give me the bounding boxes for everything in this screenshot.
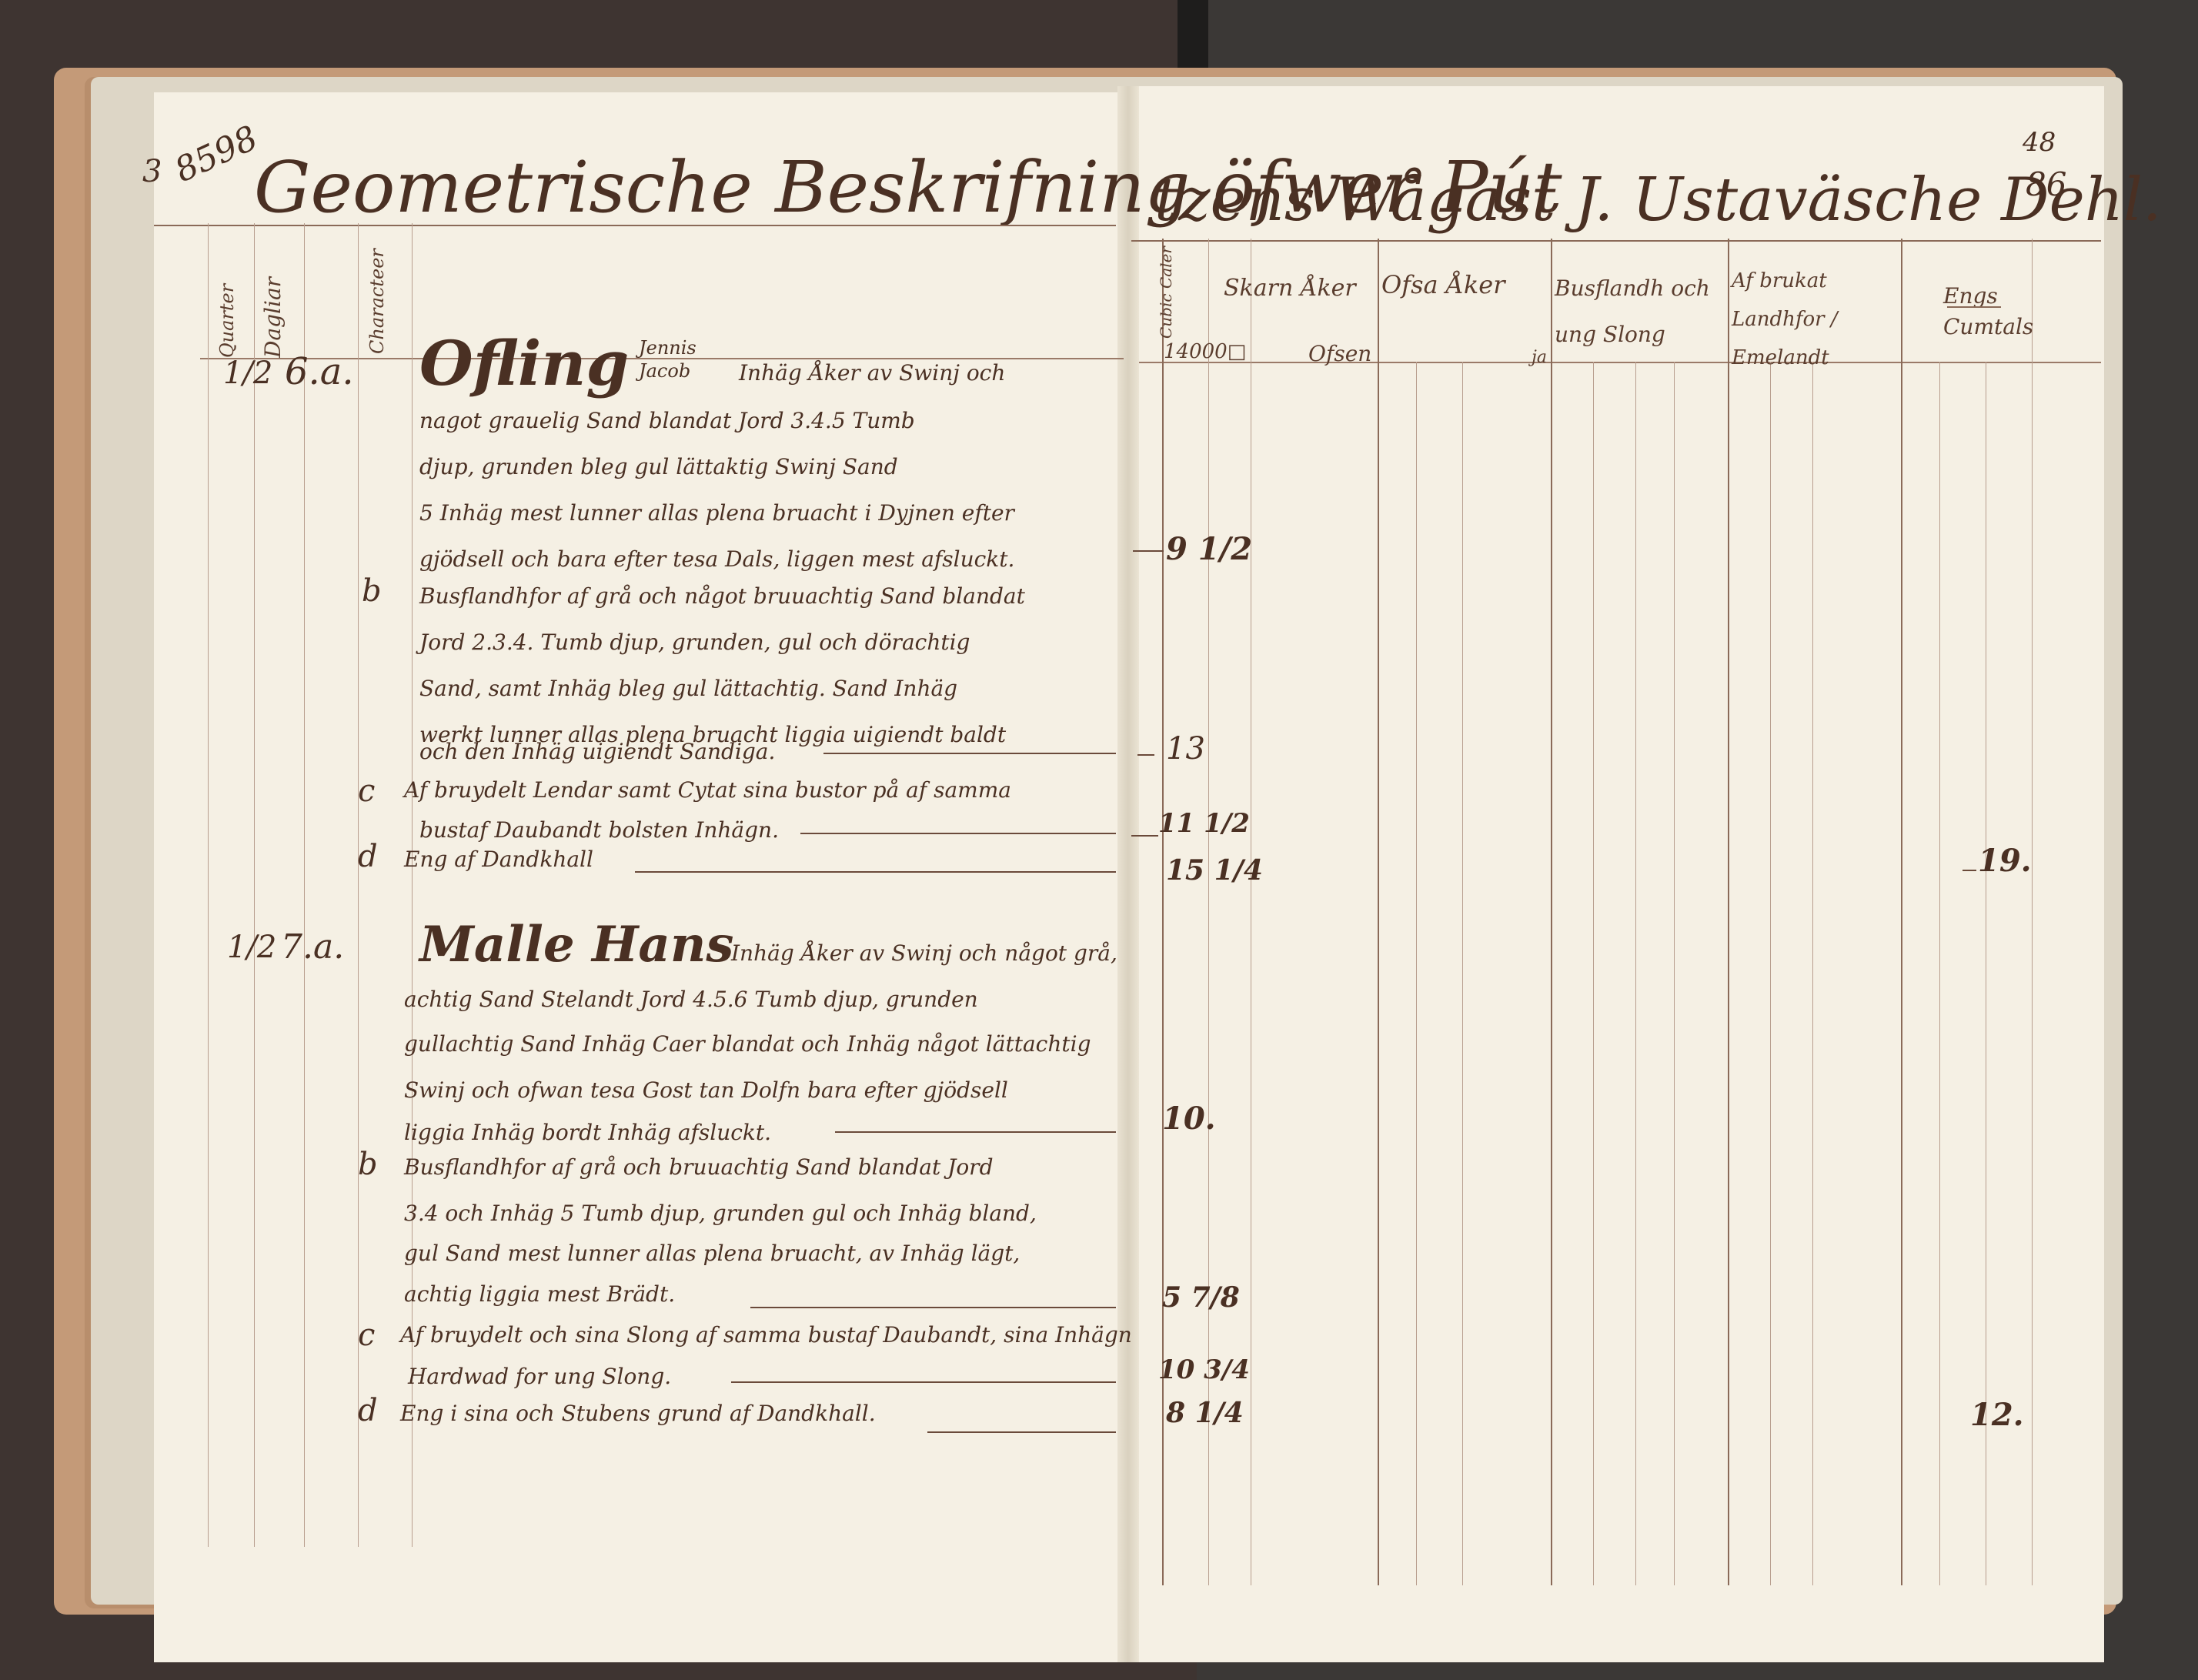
entry-line: liggia Inhäg bordt Inhäg afsluckt. bbox=[404, 1120, 771, 1146]
entry-line: djup, grunden bleg gul lättaktig Swinj S… bbox=[419, 454, 898, 480]
value-cell: 13 bbox=[1166, 731, 1205, 767]
column-rule bbox=[1593, 362, 1594, 1585]
column-rule bbox=[2032, 239, 2033, 1585]
subentry-line: Eng i sina och Stubens grund af Dandkhal… bbox=[400, 1401, 876, 1427]
column-rule bbox=[1635, 362, 1636, 1585]
subentry-line: Jord 2.3.4. Tumb djup, grunden, gul och … bbox=[419, 630, 970, 656]
header-ofsa-label: Ofsen bbox=[1308, 342, 1371, 366]
column-rule bbox=[1551, 239, 1552, 1585]
entry-fraction: 1/2 bbox=[223, 356, 272, 391]
fill-rule bbox=[800, 833, 1116, 834]
entry-fraction: 1/2 bbox=[227, 930, 276, 965]
subentry-letter: d bbox=[358, 839, 378, 874]
column-rule bbox=[1939, 362, 1940, 1585]
subentry-line: och den Inhäg uigiendt Sandiga. bbox=[419, 739, 775, 765]
value-leader bbox=[1137, 754, 1154, 756]
subentry-letter: b bbox=[358, 1147, 378, 1182]
value-cell: 10. bbox=[1162, 1101, 1216, 1137]
value-cell: 11 1/2 bbox=[1158, 808, 1250, 839]
page-title-right: tzens Wågast J. Ustaväsche Dehl. bbox=[1154, 165, 2162, 235]
entry-name: Malle Hans bbox=[419, 916, 733, 974]
pencil-folio-right-upper: 48 bbox=[2023, 127, 2056, 158]
col-header-skarn-aker: Skarn Åker bbox=[1224, 277, 1378, 300]
fill-rule bbox=[927, 1431, 1116, 1433]
col-header-quarter: Quarter bbox=[215, 242, 239, 358]
value-cell: 8 1/4 bbox=[1166, 1397, 1244, 1429]
subentry-line: Busflandhfor af grå och bruuachtig Sand … bbox=[404, 1154, 994, 1181]
value-cell: 9 1/2 bbox=[1166, 531, 1252, 567]
value-cell: 10 3/4 bbox=[1158, 1354, 1250, 1385]
entry-line: Inhäg Åker av Swinj och bbox=[739, 360, 1005, 386]
column-rule bbox=[1728, 239, 1729, 1585]
entry-line: gjödsell och bara efter tesa Dals, ligge… bbox=[419, 546, 1014, 573]
value-cell: 5 7/8 bbox=[1162, 1281, 1240, 1314]
entry-line: Inhäg Åker av Swinj och något grå, bbox=[731, 940, 1117, 967]
entry-owner: Jennis bbox=[639, 337, 696, 359]
entry-line: 5 Inhäg mest lunner allas plena bruacht … bbox=[419, 500, 1014, 526]
fill-rule bbox=[635, 871, 1116, 873]
col-header-cubic-caler: Cubic Caler bbox=[1154, 246, 1177, 339]
header-rule-left bbox=[154, 225, 1116, 226]
column-rule bbox=[1901, 239, 1902, 1585]
subentry-line: Af bruydelt Lendar samt Cytat sina busto… bbox=[404, 777, 1011, 803]
fill-rule bbox=[835, 1131, 1116, 1133]
spine-shadow bbox=[1177, 0, 1208, 77]
book-gutter bbox=[1117, 86, 1139, 1662]
subentry-line: Af bruydelt och sina Slong af samma bust… bbox=[400, 1322, 1132, 1348]
subentry-line: Busflandhfor af grå och något bruuachtig… bbox=[419, 583, 1025, 610]
col-header-dagliar: Dagliar bbox=[262, 254, 285, 358]
subentry-line: gul Sand mest lunner allas plena bruacht… bbox=[404, 1241, 1020, 1267]
column-rule bbox=[412, 223, 413, 1547]
col-header-characteer: Characteer bbox=[366, 231, 389, 354]
value-leader bbox=[1133, 550, 1164, 552]
column-rule bbox=[1770, 362, 1771, 1585]
header-mark: ja bbox=[1532, 346, 1547, 369]
entry-line: achtig Sand Stelandt Jord 4.5.6 Tumb dju… bbox=[404, 987, 978, 1013]
header-rule-right bbox=[1131, 240, 2101, 242]
fill-rule bbox=[823, 753, 1116, 754]
value-leader bbox=[1131, 835, 1158, 837]
col-header-ofsa-aker: Ofsa Åker bbox=[1381, 273, 1547, 296]
col-header-engs-cumtals: Engs Cumtals bbox=[1943, 281, 2036, 342]
pencil-mark-edge: 3 bbox=[142, 154, 162, 189]
column-rule bbox=[254, 223, 255, 1547]
subentry-line: Hardwad for ung Slong. bbox=[408, 1364, 671, 1390]
subentry-letter: d bbox=[358, 1393, 378, 1428]
col-header-afbrukat-landh: Af brukat Landhfor / Emelandt bbox=[1732, 262, 1897, 377]
value-cell: 19. bbox=[1978, 843, 2032, 879]
column-rule bbox=[1378, 239, 1379, 1585]
header-area: 14000□ bbox=[1164, 340, 1246, 363]
subentry-line: 3.4 och Inhäg 5 Tumb djup, grunden gul o… bbox=[404, 1201, 1037, 1227]
fill-rule bbox=[750, 1307, 1116, 1308]
left-page bbox=[154, 92, 1127, 1662]
subentry-line: achtig liggia mest Brädt. bbox=[404, 1281, 675, 1308]
subentry-letter: c bbox=[358, 1318, 375, 1353]
subentry-letter: c bbox=[358, 773, 375, 809]
column-rule bbox=[1674, 362, 1675, 1585]
col-header-busflandh: Busflandh och ung Slong bbox=[1555, 266, 1724, 358]
value-leader bbox=[1962, 870, 1976, 871]
entry-line: Swinj och ofwan tesa Gost tan Dolfn bara… bbox=[404, 1077, 1008, 1104]
column-header-rule-right bbox=[1139, 362, 2101, 363]
entry-number: 7.a. bbox=[281, 927, 344, 967]
entry-number: 6.a. bbox=[285, 350, 354, 393]
entry-owner: Jacob bbox=[639, 360, 690, 382]
column-rule bbox=[1462, 362, 1463, 1585]
value-cell: 15 1/4 bbox=[1166, 854, 1263, 887]
entry-line: nagot grauelig Sand blandat Jord 3.4.5 T… bbox=[419, 408, 915, 434]
subentry-line: bustaf Daubandt bolsten Inhägn. bbox=[419, 817, 779, 843]
value-cell: 12. bbox=[1970, 1397, 2024, 1433]
subentry-line: Eng af Dandkhall bbox=[404, 847, 593, 873]
column-rule bbox=[1251, 239, 1251, 1585]
entry-line: gullachtig Sand Inhäg Caer blandat och I… bbox=[404, 1031, 1091, 1057]
subentry-letter: b bbox=[362, 573, 382, 609]
column-rule bbox=[1416, 362, 1417, 1585]
fill-rule bbox=[731, 1381, 1116, 1383]
header-fraction-rule bbox=[1947, 306, 2001, 308]
entry-name: Ofling bbox=[419, 327, 629, 399]
column-rule bbox=[1812, 362, 1813, 1585]
subentry-line: Sand, samt Inhäg bleg gul lättachtig. Sa… bbox=[419, 676, 957, 702]
column-rule bbox=[304, 223, 305, 1547]
column-rule bbox=[208, 223, 209, 1547]
